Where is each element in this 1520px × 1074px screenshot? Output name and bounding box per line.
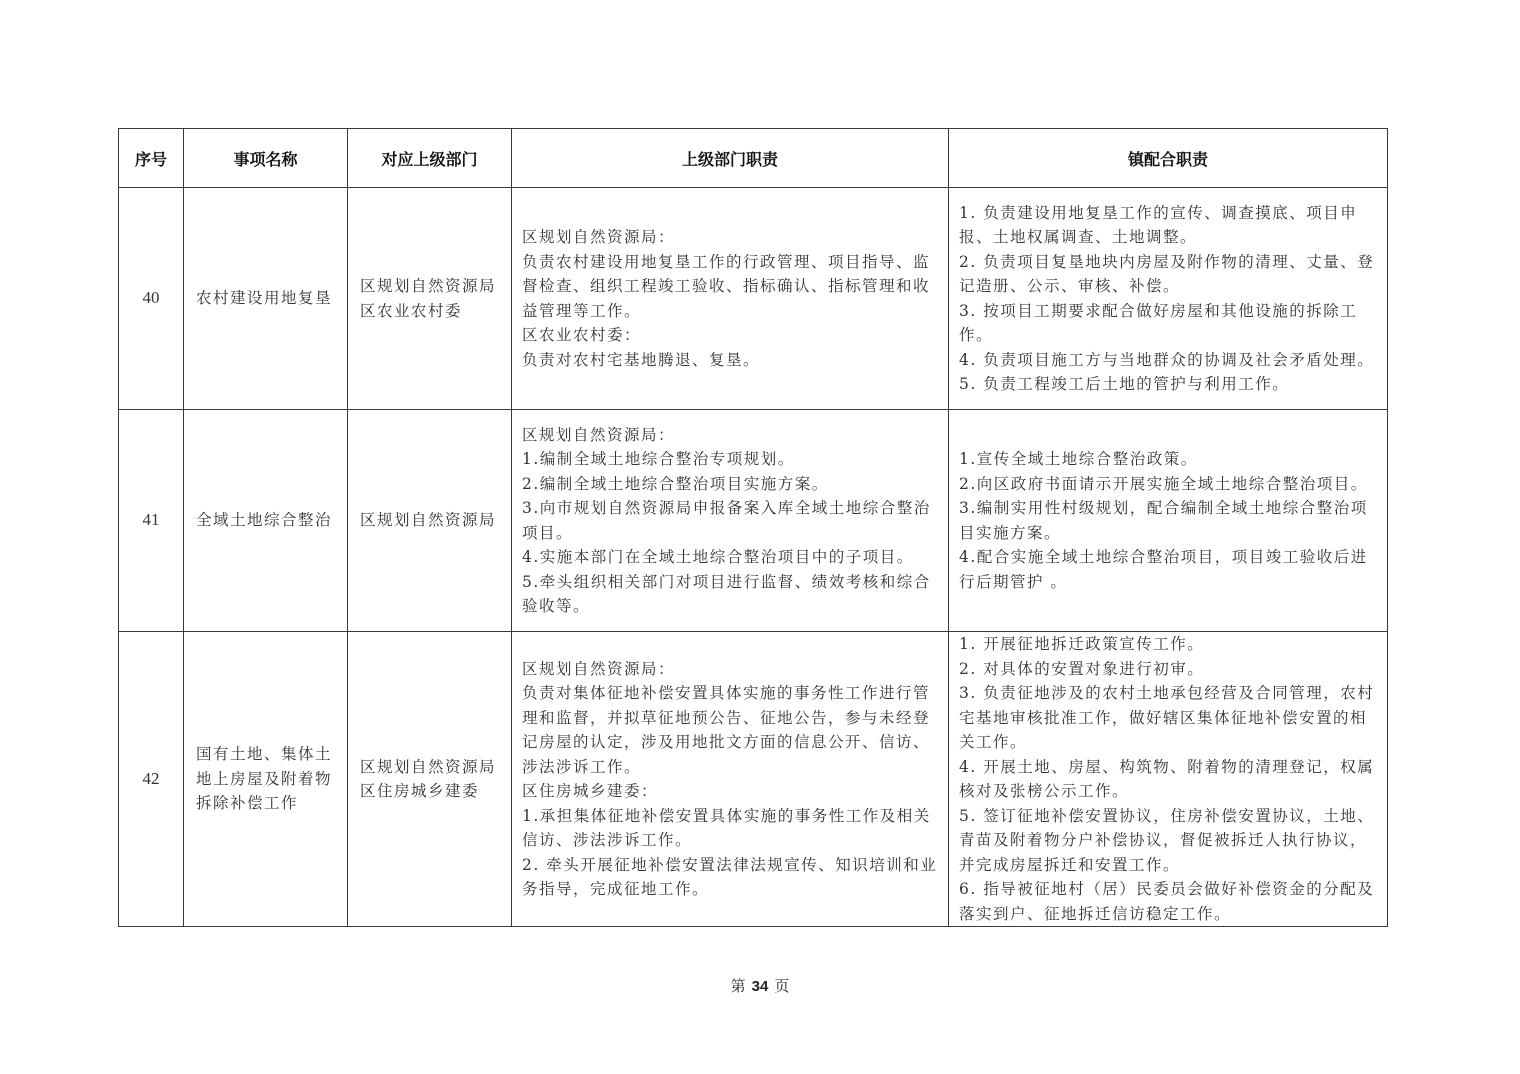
duty-line: 负责对集体征地补偿安置具体实施的事务性工作进行管理和监督，并拟草征地预公告、征地… [522,681,942,779]
row-item-name: 农村建设用地复垦 [184,188,348,410]
duty-line: 区规划自然资源局： [522,225,942,250]
page-suffix: 页 [774,977,789,995]
row-item-name: 全域土地综合整治 [184,410,348,632]
duty-line: 1.承担集体征地补偿安置具体实施的事务性工作及相关信访、涉法涉诉工作。 [522,804,942,853]
duty-line: 5. 签订征地补偿安置协议，住房补偿安置协议，土地、青苗及附着物分户补偿协议，督… [959,804,1381,878]
duty-line: 3. 负责征地涉及的农村土地承包经营及合同管理，农村宅基地审核批准工作，做好辖区… [959,681,1381,755]
row-superior-dept: 区规划自然资源局 [348,410,512,632]
table-row: 41 全域土地综合整治 区规划自然资源局 区规划自然资源局： 1.编制全域土地综… [119,410,1388,632]
duty-line: 负责农村建设用地复垦工作的行政管理、项目指导、监督检查、组织工程竣工验收、指标确… [522,250,942,324]
document-page: 序号 事项名称 对应上级部门 上级部门职责 镇配合职责 40 农村建设用地复垦 … [118,128,1388,927]
duty-line: 4. 开展土地、房屋、构筑物、附着物的清理登记，权属核对及张榜公示工作。 [959,755,1381,804]
duty-line: 负责对农村宅基地腾退、复垦。 [522,348,942,373]
duty-line: 1. 开展征地拆迁政策宣传工作。 [959,632,1381,657]
duty-line: 区住房城乡建委： [522,779,942,804]
duty-line: 3.编制实用性村级规划，配合编制全域土地综合整治项目实施方案。 [959,496,1381,545]
duty-line: 4.实施本部门在全域土地综合整治项目中的子项目。 [522,545,942,570]
header-item-name: 事项名称 [184,129,348,188]
duty-line: 2.向区政府书面请示开展实施全域土地综合整治项目。 [959,472,1381,497]
header-serial-no: 序号 [119,129,184,188]
duty-line: 2. 负责项目复垦地块内房屋及附作物的清理、丈量、登记造册、公示、审核、补偿。 [959,250,1381,299]
page-number: 34 [752,978,769,995]
duty-line: 区规划自然资源局： [522,657,942,682]
row-superior-dept: 区规划自然资源局 区农业农村委 [348,188,512,410]
responsibility-table: 序号 事项名称 对应上级部门 上级部门职责 镇配合职责 40 农村建设用地复垦 … [118,128,1388,927]
row-town-duties: 1.宣传全域土地综合整治政策。 2.向区政府书面请示开展实施全域土地综合整治项目… [949,410,1388,632]
row-town-duties: 1. 开展征地拆迁政策宣传工作。 2. 对具体的安置对象进行初审。 3. 负责征… [949,632,1388,927]
row-serial-no: 41 [119,410,184,632]
duty-line: 1.编制全域土地综合整治专项规划。 [522,447,942,472]
duty-line: 4. 负责项目施工方与当地群众的协调及社会矛盾处理。 [959,348,1381,373]
row-superior-duties: 区规划自然资源局： 负责对集体征地补偿安置具体实施的事务性工作进行管理和监督，并… [512,632,949,927]
header-superior-duties: 上级部门职责 [512,129,949,188]
row-item-name: 国有土地、集体土地上房屋及附着物拆除补偿工作 [184,632,348,927]
row-superior-dept: 区规划自然资源局 区住房城乡建委 [348,632,512,927]
table-row: 40 农村建设用地复垦 区规划自然资源局 区农业农村委 区规划自然资源局： 负责… [119,188,1388,410]
table-row: 42 国有土地、集体土地上房屋及附着物拆除补偿工作 区规划自然资源局 区住房城乡… [119,632,1388,927]
duty-line: 3. 按项目工期要求配合做好房屋和其他设施的拆除工作。 [959,299,1381,348]
duty-line: 5.牵头组织相关部门对项目进行监督、绩效考核和综合验收等。 [522,570,942,619]
row-town-duties: 1. 负责建设用地复垦工作的宣传、调查摸底、项目申报、土地权属调查、土地调整。 … [949,188,1388,410]
duty-line: 区农业农村委： [522,323,942,348]
row-serial-no: 40 [119,188,184,410]
duty-line: 1. 负责建设用地复垦工作的宣传、调查摸底、项目申报、土地权属调查、土地调整。 [959,201,1381,250]
duty-line: 区规划自然资源局： [522,423,942,448]
duty-line: 3.向市规划自然资源局申报备案入库全域土地综合整治项目。 [522,496,942,545]
duty-line: 5. 负责工程竣工后土地的管护与利用工作。 [959,372,1381,397]
header-superior-dept: 对应上级部门 [348,129,512,188]
duty-line: 2. 对具体的安置对象进行初审。 [959,657,1381,682]
header-town-duties: 镇配合职责 [949,129,1388,188]
duty-line: 6. 指导被征地村（居）民委员会做好补偿资金的分配及落实到户、征地拆迁信访稳定工… [959,877,1381,926]
duty-line: 2. 牵头开展征地补偿安置法律法规宣传、知识培训和业务指导，完成征地工作。 [522,853,942,902]
row-serial-no: 42 [119,632,184,927]
row-superior-duties: 区规划自然资源局： 1.编制全域土地综合整治专项规划。 2.编制全域土地综合整治… [512,410,949,632]
duty-line: 1.宣传全域土地综合整治政策。 [959,447,1381,472]
duty-line: 4.配合实施全域土地综合整治项目，项目竣工验收后进行后期管护 。 [959,545,1381,594]
duty-line: 2.编制全域土地综合整治项目实施方案。 [522,472,942,497]
table-header-row: 序号 事项名称 对应上级部门 上级部门职责 镇配合职责 [119,129,1388,188]
page-footer: 第34页 [0,975,1520,996]
row-superior-duties: 区规划自然资源局： 负责农村建设用地复垦工作的行政管理、项目指导、监督检查、组织… [512,188,949,410]
page-prefix: 第 [731,977,746,995]
